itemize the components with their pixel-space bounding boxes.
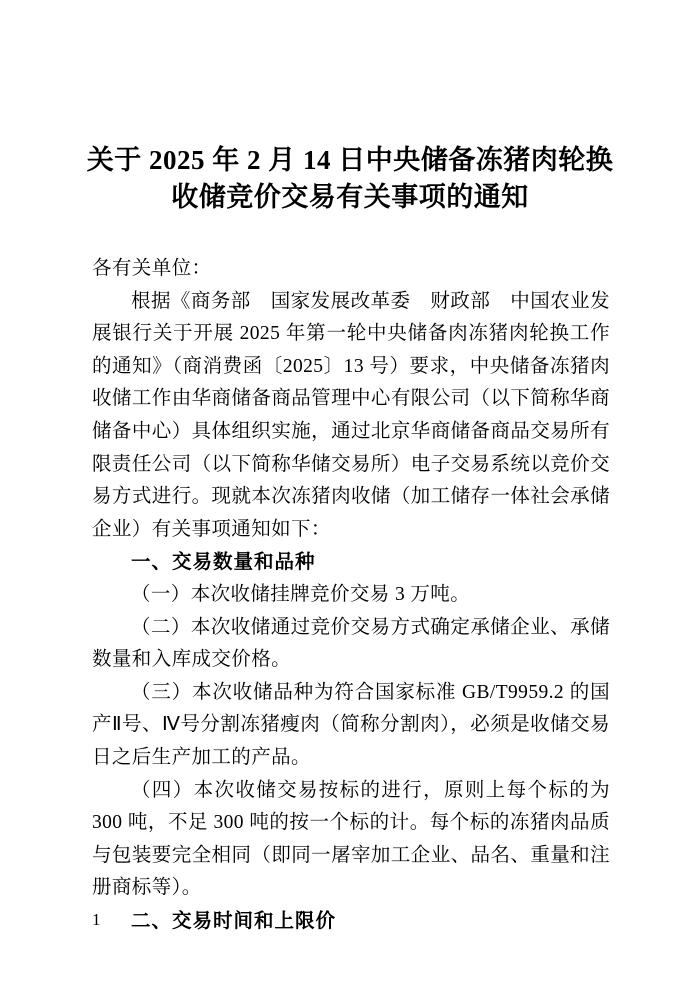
page-number: 1	[92, 908, 101, 932]
paragraph-intro: 根据《商务部 国家发展改革委 财政部 中国农业发展银行关于开展 2025 年第一…	[92, 286, 610, 547]
section-heading-1: 一、交易数量和品种	[92, 546, 610, 579]
item-1-4: （四）本次收储交易按标的进行，原则上每个标的为 300 吨，不足 300 吨的按…	[92, 775, 610, 905]
section-heading-2: 二、交易时间和上限价	[92, 905, 610, 938]
item-1-2: （二）本次收储通过竞价交易方式确定承储企业、承储数量和入库成交价格。	[92, 612, 610, 677]
salutation: 各有关单位：	[92, 253, 610, 286]
document-title: 关于 2025 年 2 月 14 日中央储备冻猪肉轮换 收储竞价交易有关事项的通…	[50, 142, 650, 216]
title-line-2: 收储竞价交易有关事项的通知	[50, 179, 650, 216]
title-line-1: 关于 2025 年 2 月 14 日中央储备冻猪肉轮换	[50, 142, 650, 179]
item-1-3: （三）本次收储品种为符合国家标准 GB/T9959.2 的国产Ⅱ号、Ⅳ号分割冻猪…	[92, 677, 610, 775]
item-1-1: （一）本次收储挂牌竞价交易 3 万吨。	[92, 579, 610, 612]
document-body: 各有关单位： 根据《商务部 国家发展改革委 财政部 中国农业发展银行关于开展 2…	[92, 253, 610, 937]
document-page: 关于 2025 年 2 月 14 日中央储备冻猪肉轮换 收储竞价交易有关事项的通…	[0, 0, 700, 989]
